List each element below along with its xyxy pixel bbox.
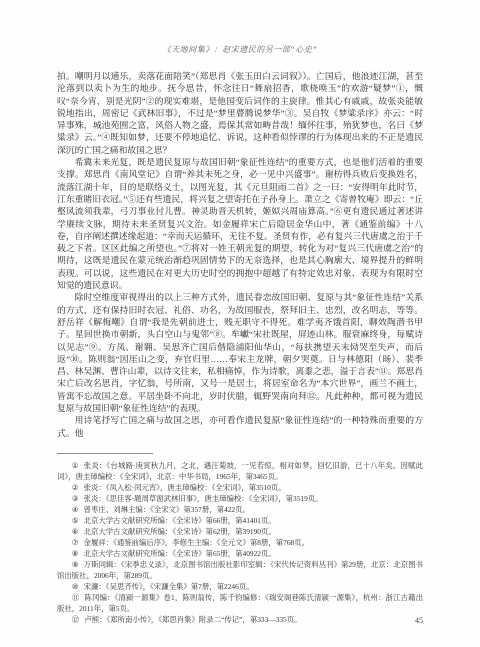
footnote: ⑫卢熊：《郑所南小传》，《郑思肖集》附录二“传记”，第333—335页。 — [57, 614, 423, 625]
footnote: ②张炎：《凤入松·闰元宵》，唐圭璋编校：《全宋词》，第3510页。 — [57, 482, 423, 493]
footnote-text: 北京大学古文献研究所编：《全宋诗》第62册，第39190页。 — [84, 527, 276, 536]
footnote-number: ⑦ — [72, 538, 79, 547]
footnote: ⑤北京大学古文献研究所编：《全宋诗》第66册，第41401页。 — [57, 515, 423, 526]
footnote-separator — [57, 453, 153, 454]
footnote: ⑦金履祥：《通鉴前编后序》，李修生主编：《全元文》第8册，第768页。 — [57, 537, 423, 548]
footnote-text: 曾枣庄、刘琳主编：《全宋文》第357册，第422页。 — [84, 505, 250, 514]
body-paragraph: 用诗笔抒写亡国之痛与故国之思，亦可看作遗民复原“象征性连结”的一种特殊而重要的方… — [57, 414, 423, 439]
footnote-text: 陈冈编：《清颍一源集》卷1，陈则翁传，陈千钧编修：《瑞安阁巷陈氏清颍一源集》，杭… — [57, 593, 423, 613]
footnote-number: ⑥ — [72, 527, 79, 536]
footnote-number: ⑧ — [72, 549, 79, 558]
document-page: 《天地间集》：赵宋遗民的另一部“心史” 拍。嘲明月以逋乐，卖落花面陪笑”（郑思肖… — [0, 0, 480, 647]
footnote: ③张炎：《思佳客·题周草窗武林旧事》，唐圭璋编校：《全宋词》，第3519页。 — [57, 493, 423, 504]
footnote: ①张炎：《台城路·庚寅秋九月，之北，遇汪菊坡，一见若惊，相对如梦。回忆旧游，已十… — [57, 460, 423, 482]
article-body: 拍。嘲明月以逋乐，卖落花面陪笑”（郑思肖《张玉田白云词叙》）。亡国后，他浪迹江湖… — [57, 70, 423, 439]
footnote-number: ④ — [72, 505, 79, 514]
footnote-number: ⑫ — [72, 615, 79, 624]
footnote: ⑥北京大学古文献研究所编：《全宋诗》第62册，第39190页。 — [57, 526, 423, 537]
footnote-text: 张炎：《思佳客·题周草窗武林旧事》，唐圭璋编校：《全宋词》，第3519页。 — [84, 494, 323, 503]
body-paragraph: 拍。嘲明月以逋乐，卖落花面陪笑”（郑思肖《张玉田白云词叙》）。亡国后，他浪迹江湖… — [57, 70, 423, 156]
running-head-title: 《天地间集》：赵宋遗民的另一部“心史” — [57, 44, 423, 55]
page-number: 45 — [415, 616, 423, 625]
footnote-number: ③ — [72, 494, 79, 503]
footnote-number: ⑨ — [72, 560, 79, 569]
footnote-number: ⑩ — [72, 582, 79, 591]
footnote: ⑩宋濂：《吴思齐传》，《宋濂全集》第7册，第2246页。 — [57, 581, 423, 592]
footnote: ④曾枣庄、刘琳主编：《全宋文》第357册，第422页。 — [57, 504, 423, 515]
footnote-text: 北京大学古文献研究所编：《全宋诗》第65册，第40922页。 — [84, 549, 276, 558]
footnote-number: ② — [72, 483, 79, 492]
footnote-number: ① — [72, 461, 79, 470]
footnote: ⑨万斯同辑：《宋季忠义录》，北京图书馆出版社影印室辑：《宋代传记资料丛刊》第29… — [57, 559, 423, 581]
footnotes-block: ①张炎：《台城路·庚寅秋九月，之北，遇汪菊坡，一见若惊，相对如梦。回忆旧游，已十… — [57, 460, 423, 625]
footnote-text: 金履祥：《通鉴前编后序》，李修生主编：《全元文》第8册，第768页。 — [84, 538, 309, 547]
footnote: ⑪陈冈编：《清颍一源集》卷1，陈则翁传，陈千钧编修：《瑞安阁巷陈氏清颍一源集》，… — [57, 592, 423, 614]
body-paragraph: 除时空维度审视得出的以上三种方式外，遗民眷恋故国旧朝、复原与其“象征性连结”关系… — [57, 291, 423, 414]
footnote-number: ⑤ — [72, 516, 79, 525]
footnote-text: 北京大学古文献研究所编：《全宋诗》第66册，第41401页。 — [84, 516, 276, 525]
footnote-text: 卢熊：《郑所南小传》，《郑思肖集》附录二“传记”，第333—335页。 — [84, 615, 301, 624]
footnote-text: 宋濂：《吴思齐传》，《宋濂全集》第7册，第2246页。 — [84, 582, 254, 591]
footnote-text: 张炎：《凤入松·闰元宵》，唐圭璋编校：《全宋词》，第3510页。 — [84, 483, 286, 492]
footnote-number: ⑪ — [72, 593, 80, 602]
footnote-text: 万斯同辑：《宋季忠义录》，北京图书馆出版社影印室辑：《宋代传记资料丛刊》第29册… — [57, 560, 423, 580]
footnote-text: 张炎：《台城路·庚寅秋九月，之北，遇汪菊坡，一见若惊，相对如梦。回忆旧游，已十八… — [57, 461, 423, 481]
footnote: ⑧北京大学古文献研究所编：《全宋诗》第65册，第40922页。 — [57, 548, 423, 559]
body-paragraph: 希冀未来光复，既是遗民复原与故国旧朝“象征性连结”的重要方式，也是他们活着的重要… — [57, 156, 423, 291]
